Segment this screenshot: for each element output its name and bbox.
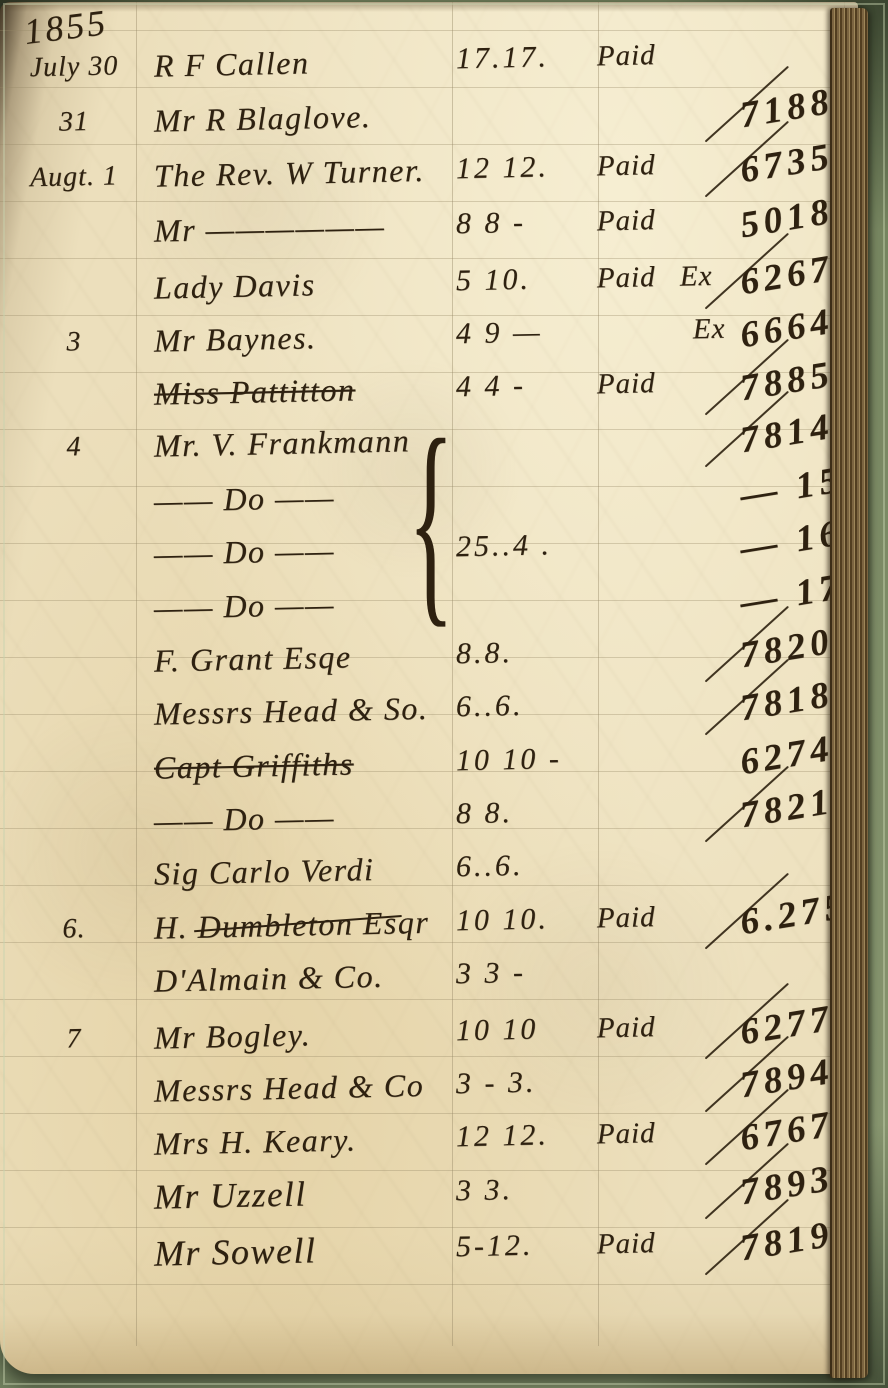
- entry-amount: 8.8.: [455, 625, 596, 680]
- entry-name: Messrs Head & So.: [153, 681, 454, 739]
- entry-status: Paid Ex: [596, 249, 747, 304]
- ledger-page: 1855 { July 30 R F Callen 17.17. Paid 31…: [0, 2, 858, 1374]
- entry-name: Lady Davis: [153, 255, 454, 313]
- entry-name: Capt Griffiths: [153, 735, 454, 793]
- entry-date: 31: [11, 95, 136, 150]
- entry-name: —— Do ——: [153, 521, 454, 579]
- entry-amount: 8 8.: [455, 785, 596, 840]
- entry-amount: 12 12.: [455, 140, 596, 195]
- entry-name: —— Do ——: [153, 575, 454, 633]
- entry-date: Augt. 1: [11, 150, 136, 205]
- entry-status: Paid: [596, 27, 747, 82]
- entry-status: Paid: [596, 999, 747, 1054]
- entry-name: Mr Sowell: [153, 1221, 454, 1279]
- entry-amount: 3 - 3.: [455, 1055, 596, 1110]
- entry-amount: 10 10.: [455, 892, 596, 947]
- entry-date: 4: [11, 420, 136, 475]
- entry-amount: 3 3 -: [455, 945, 596, 1000]
- entry-status: Paid: [596, 137, 747, 192]
- entry-amount: 10 10 -: [455, 732, 596, 787]
- entry-name: D'Almain & Co.: [153, 948, 454, 1006]
- entry-amount: 12 12.: [455, 1108, 596, 1163]
- entry-status: Paid: [596, 192, 747, 247]
- entry-amount: 17.17.: [455, 30, 596, 85]
- entry-name: Mr Bogley.: [153, 1005, 454, 1063]
- entry-date: July 30: [11, 40, 136, 95]
- entry-amount: 5-12.: [455, 1218, 596, 1273]
- entry-name: Messrs Head & Co: [153, 1058, 454, 1116]
- book-page-edges: [830, 8, 868, 1378]
- entry-amount: 6..6.: [455, 678, 596, 733]
- entry-name: Mr Uzzell: [153, 1165, 454, 1223]
- entry-name: Mr Baynes.: [153, 308, 454, 366]
- entry-name: Mr R Blaglove.: [153, 88, 454, 146]
- ledger-photo: 1855 { July 30 R F Callen 17.17. Paid 31…: [0, 0, 888, 1388]
- entry-status: Paid: [596, 889, 747, 944]
- entry-amount: 3 3.: [455, 1162, 596, 1217]
- entry-name: R F Callen: [153, 33, 454, 91]
- entry-name: Mr ——————: [153, 198, 454, 256]
- entry-amount: 10 10: [455, 1002, 596, 1057]
- entry-amount: 6..6.: [455, 838, 596, 893]
- entry-amount: 4 4 -: [455, 358, 596, 413]
- entry-amount: 4 9 —: [455, 305, 596, 360]
- entry-name: Mrs H. Keary.: [153, 1111, 454, 1169]
- entry-name: H. Dumbleton Esqr: [153, 895, 454, 953]
- entry-name: —— Do ——: [153, 788, 454, 846]
- entry-date: 6.: [11, 902, 136, 957]
- entry-status: Paid: [596, 1105, 747, 1160]
- entry-amount: 5 10.: [455, 252, 596, 307]
- entry-status: Paid: [596, 1215, 747, 1270]
- entry-name: —— Do ——: [153, 468, 454, 526]
- entry-amount: 8 8 -: [455, 195, 596, 250]
- entry-name: F. Grant Esqe: [153, 628, 454, 686]
- entry-name: Sig Carlo Verdi: [153, 841, 454, 899]
- entry-status: Paid: [596, 355, 747, 410]
- entry-amount: 25..4 .: [455, 518, 596, 573]
- entry-date: 7: [11, 1012, 136, 1067]
- entry-name: Miss Pattitton: [153, 361, 454, 419]
- entry-date: 3: [11, 315, 136, 370]
- entry-name: Mr. V. Frankmann: [153, 413, 454, 471]
- entry-name: The Rev. W Turner.: [153, 143, 454, 201]
